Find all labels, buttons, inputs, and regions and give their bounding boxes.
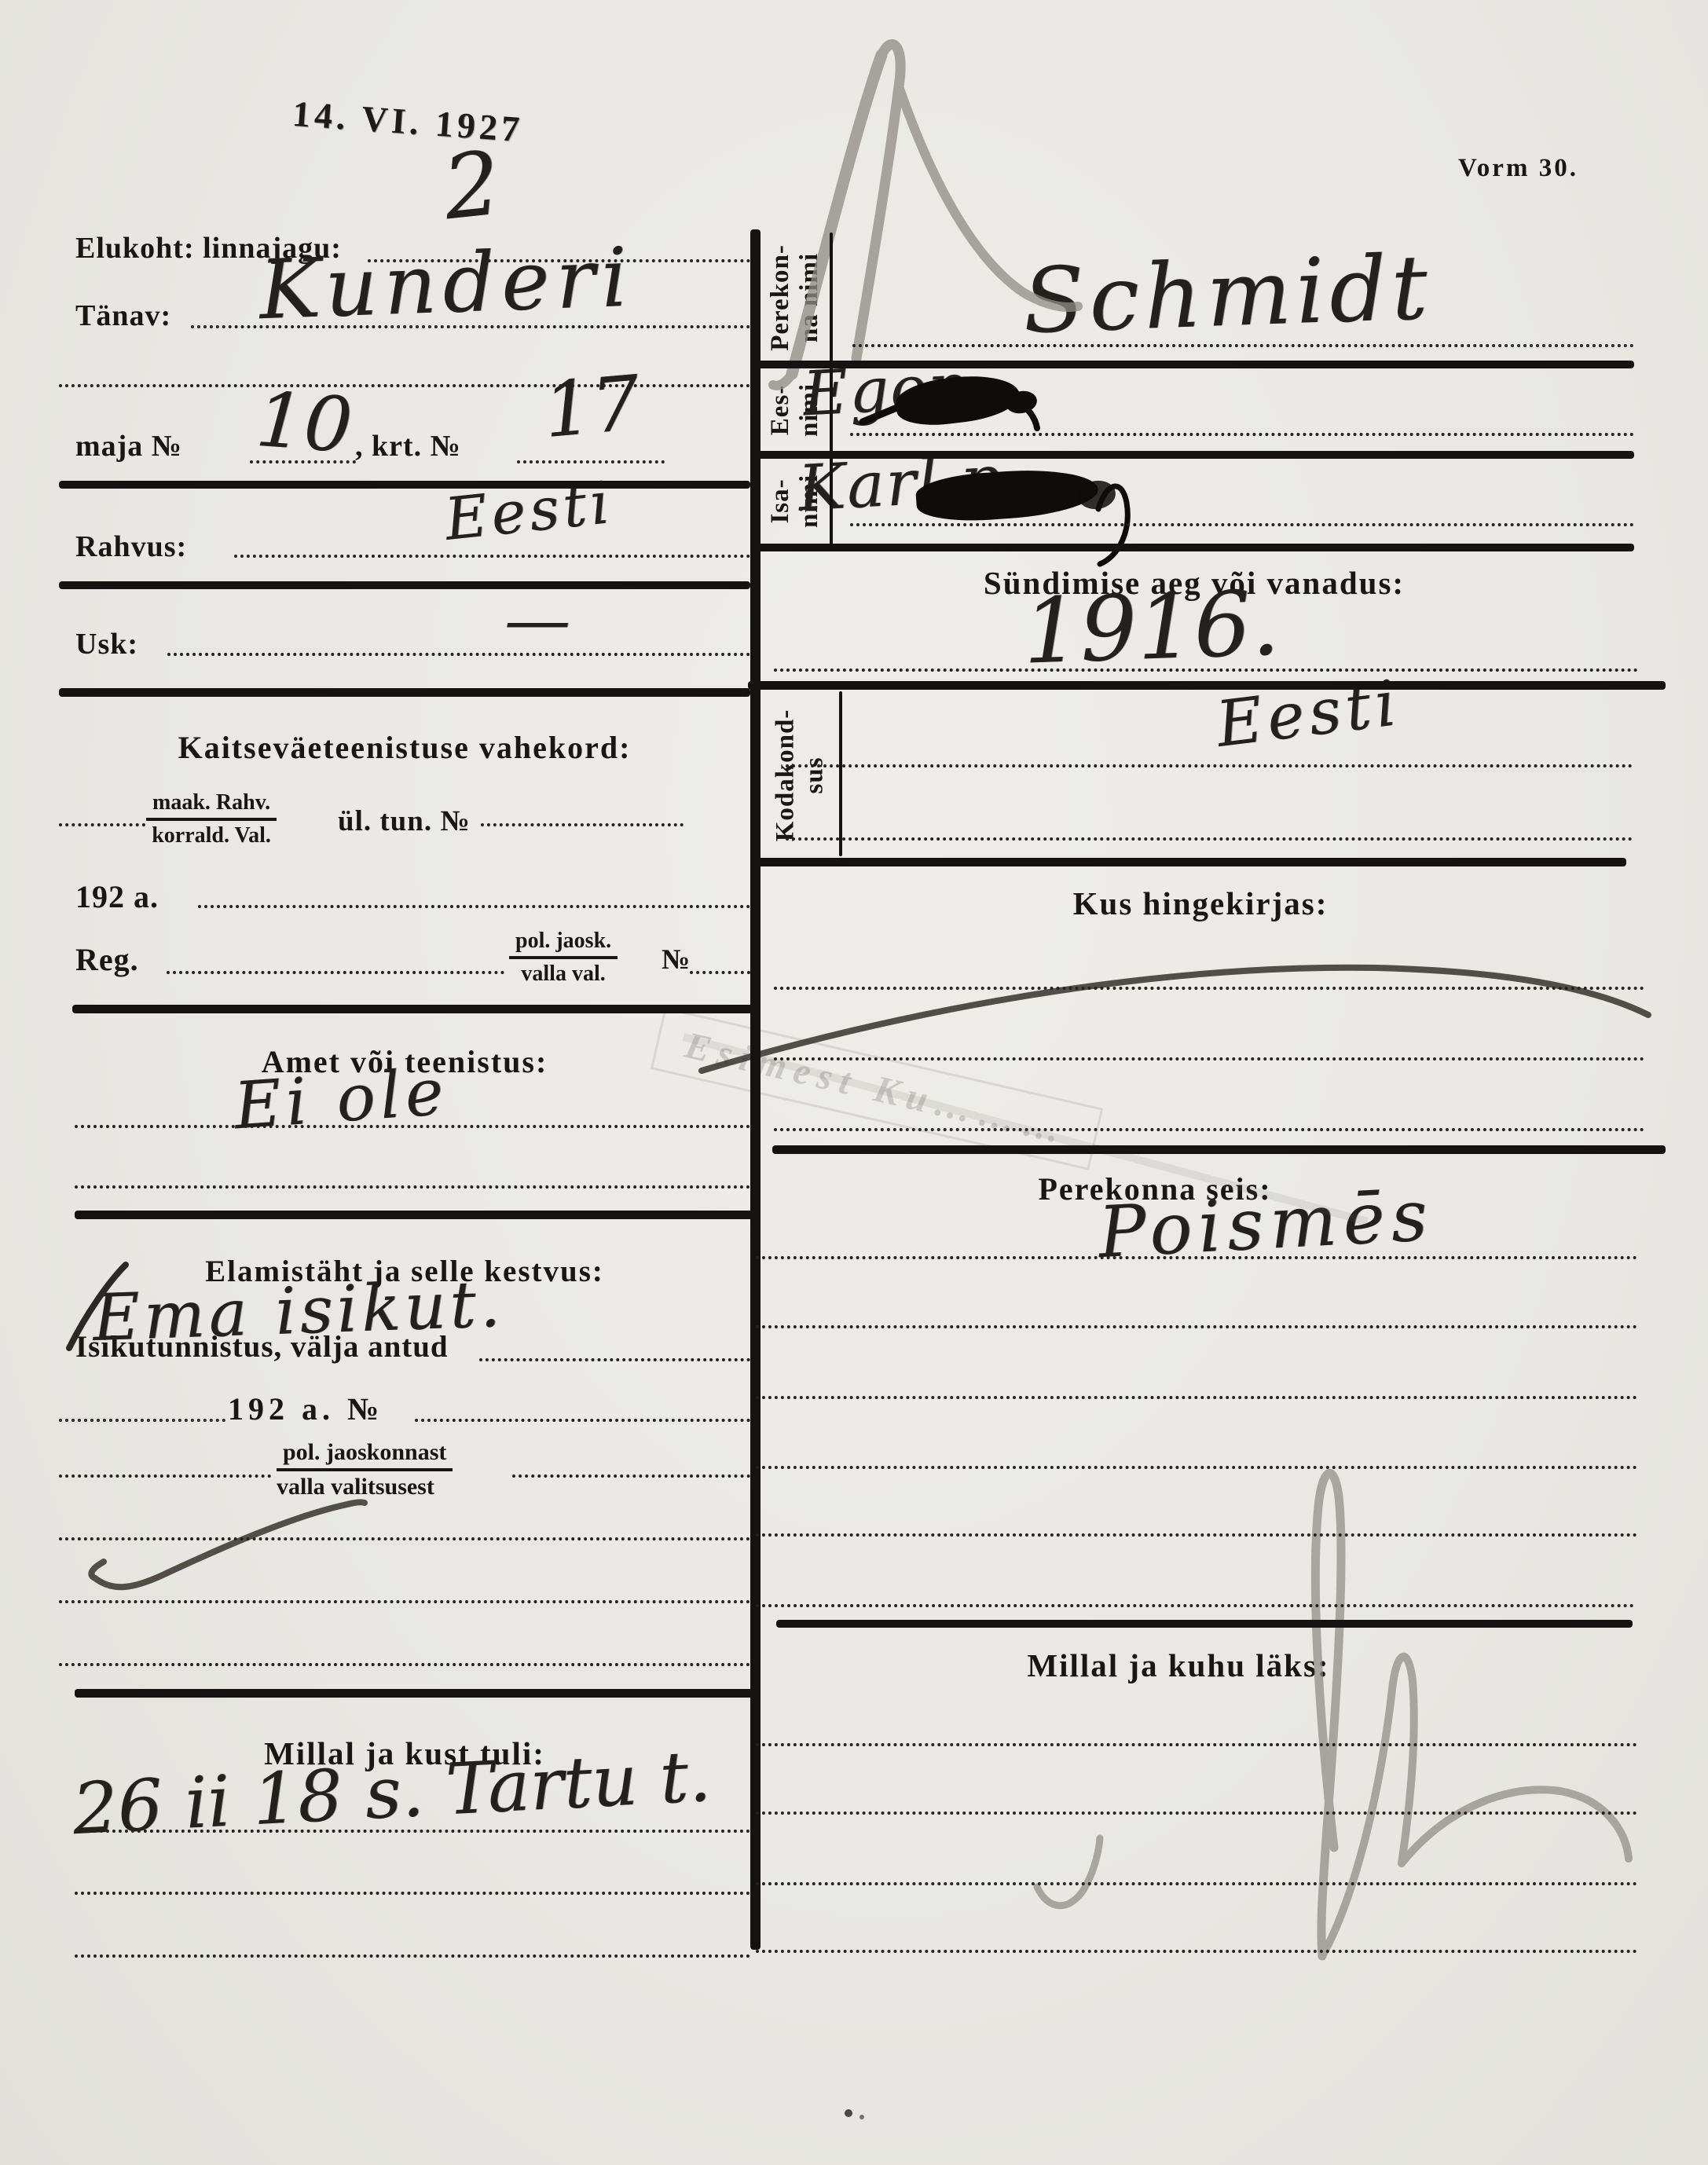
dotted-writing-line (517, 460, 665, 463)
dotted-writing-line (756, 1950, 1637, 1953)
rule-line (75, 1211, 754, 1219)
vertical-divider (839, 691, 842, 856)
dotted-writing-line (59, 384, 750, 387)
perekonnanimi-label-cell: Perekon- na nimi (724, 236, 866, 360)
field-tanav-label: Tänav: (75, 299, 171, 333)
dotted-writing-line (756, 1256, 1637, 1259)
dotted-writing-line (59, 1537, 750, 1540)
field-rahvus-label: Rahvus: (75, 529, 187, 564)
dotted-writing-line (198, 905, 750, 908)
form-number-label: Vorm 30. (1458, 154, 1578, 183)
elamistaht-value-handwriting: Ema isikut. (92, 1267, 506, 1356)
rule-line (72, 1005, 754, 1013)
field-usk-label: Usk: (75, 627, 138, 661)
pol-jaosk-fraction-top: pol. jaosk. (509, 929, 618, 959)
dotted-writing-line (786, 837, 1633, 841)
kaitsevaeteenistuse-header: Kaitseväeteenistuse vahekord: (59, 729, 750, 766)
maak-rahv-fraction-top: maak. Rahv. (146, 790, 277, 821)
krt-value-handwriting: 17 (540, 359, 643, 455)
rule-line (772, 1145, 1666, 1154)
pol-jaoskonnast-fraction-top: pol. jaoskonnast (277, 1439, 453, 1471)
pol-jaosk-fraction: pol. jaosk. valla val. (509, 929, 618, 987)
sundimise-value-handwriting: 1916. (1021, 570, 1281, 683)
dotted-writing-line (481, 823, 684, 826)
maak-rahv-fraction: maak. Rahv. korrald. Val. (146, 790, 277, 848)
dotted-writing-line (756, 1533, 1637, 1537)
dotted-writing-line (756, 1743, 1637, 1746)
registration-card-scan: 14. VI. 1927 Vorm 30. Elukoht: linnajagu… (0, 0, 1708, 2165)
maak-rahv-fraction-bottom: korrald. Val. (146, 821, 277, 848)
kodakondsus-label-line1: Kodakond- (771, 709, 800, 842)
perekonna-seis-value-handwriting: Poismēs (1097, 1174, 1436, 1274)
dotted-writing-line (167, 653, 750, 656)
dotted-writing-line (59, 1663, 750, 1666)
ul-tun-label: ül. tun. № (338, 804, 471, 838)
reg-label: Reg. (75, 941, 139, 978)
field-krt-label: , krt. № (355, 429, 461, 463)
dotted-writing-line (368, 259, 750, 262)
dotted-writing-line (756, 1811, 1637, 1815)
perekonnanimi-label-line2: na nimi (795, 244, 824, 351)
rule-line (59, 688, 750, 697)
dotted-writing-line (75, 1125, 750, 1128)
field-maja-label: maja № (75, 429, 182, 463)
rule-line (753, 858, 1626, 866)
dotted-writing-line (59, 823, 145, 826)
dotted-writing-line (59, 1474, 271, 1478)
dotted-writing-line (75, 1185, 750, 1189)
dotted-writing-line (756, 1466, 1637, 1469)
aasta-192-label: 192 a. (75, 878, 159, 915)
kus-hingekirjas-header: Kus hingekirjas: (925, 885, 1475, 922)
dotted-writing-line (774, 987, 1644, 990)
pol-jaoskonnast-fraction: pol. jaoskonnast valla valitsusest (277, 1439, 453, 1500)
dotted-writing-line (690, 971, 750, 974)
perekonnanimi-value-handwriting: Schmidt (1021, 235, 1434, 354)
dotted-writing-line (234, 555, 750, 558)
rule-line (753, 361, 1634, 368)
dotted-writing-line (774, 1057, 1644, 1061)
rule-line (59, 581, 750, 589)
dotted-writing-line (774, 1128, 1644, 1131)
dotted-writing-line (167, 971, 504, 974)
reg-nr-label: № (662, 943, 691, 976)
rule-line (776, 1620, 1633, 1628)
isanimi-label-line1: Isa- (766, 474, 795, 528)
dotted-writing-line (756, 1396, 1637, 1399)
tanav-value-handwriting: Kunderi (258, 229, 635, 339)
dotted-writing-line (479, 1358, 750, 1361)
dotted-writing-line (59, 1600, 750, 1603)
dotted-writing-line (415, 1419, 750, 1422)
dotted-writing-line (75, 1830, 750, 1833)
rule-line (59, 481, 750, 489)
dotted-writing-line (59, 1419, 225, 1422)
dotted-writing-line (850, 433, 1634, 436)
amet-value-handwriting: Ei ole (232, 1055, 450, 1145)
dotted-writing-line (756, 1604, 1634, 1607)
elukoht-value-handwriting: 2 (438, 133, 504, 240)
kodakondsus-label-line2: sus (800, 709, 829, 842)
dotted-writing-line (250, 460, 356, 463)
vertical-divider (750, 229, 761, 1950)
pol-jaoskonnast-fraction-bottom: valla valitsusest (277, 1471, 453, 1500)
usk-value-handwriting: — (504, 581, 570, 658)
maja-value-handwriting: 10 (253, 375, 355, 470)
dotted-writing-line (786, 764, 1633, 767)
dotted-writing-line (774, 669, 1638, 672)
dotted-writing-line (850, 523, 1634, 526)
dotted-writing-line (512, 1474, 750, 1478)
dotted-writing-line (75, 1892, 750, 1895)
dotted-writing-line (852, 344, 1634, 347)
perekonnanimi-label-line1: Perekon- (766, 244, 795, 351)
pol-jaosk-fraction-bottom: valla val. (509, 959, 618, 987)
rule-line (753, 544, 1634, 551)
rule-line (75, 1689, 757, 1698)
dotted-writing-line (756, 1325, 1637, 1328)
eesnimi-label-line1: Ees- (766, 383, 795, 437)
aasta-nr-label: 192 a. № (228, 1390, 383, 1427)
dotted-writing-line (756, 1882, 1637, 1885)
rule-line (748, 681, 1666, 690)
dotted-writing-line (75, 1954, 750, 1958)
rule-line (753, 451, 1634, 459)
millal-laks-header: Millal ja kuhu läks: (911, 1647, 1446, 1684)
dotted-writing-line (191, 325, 750, 328)
vertical-divider (830, 233, 833, 547)
